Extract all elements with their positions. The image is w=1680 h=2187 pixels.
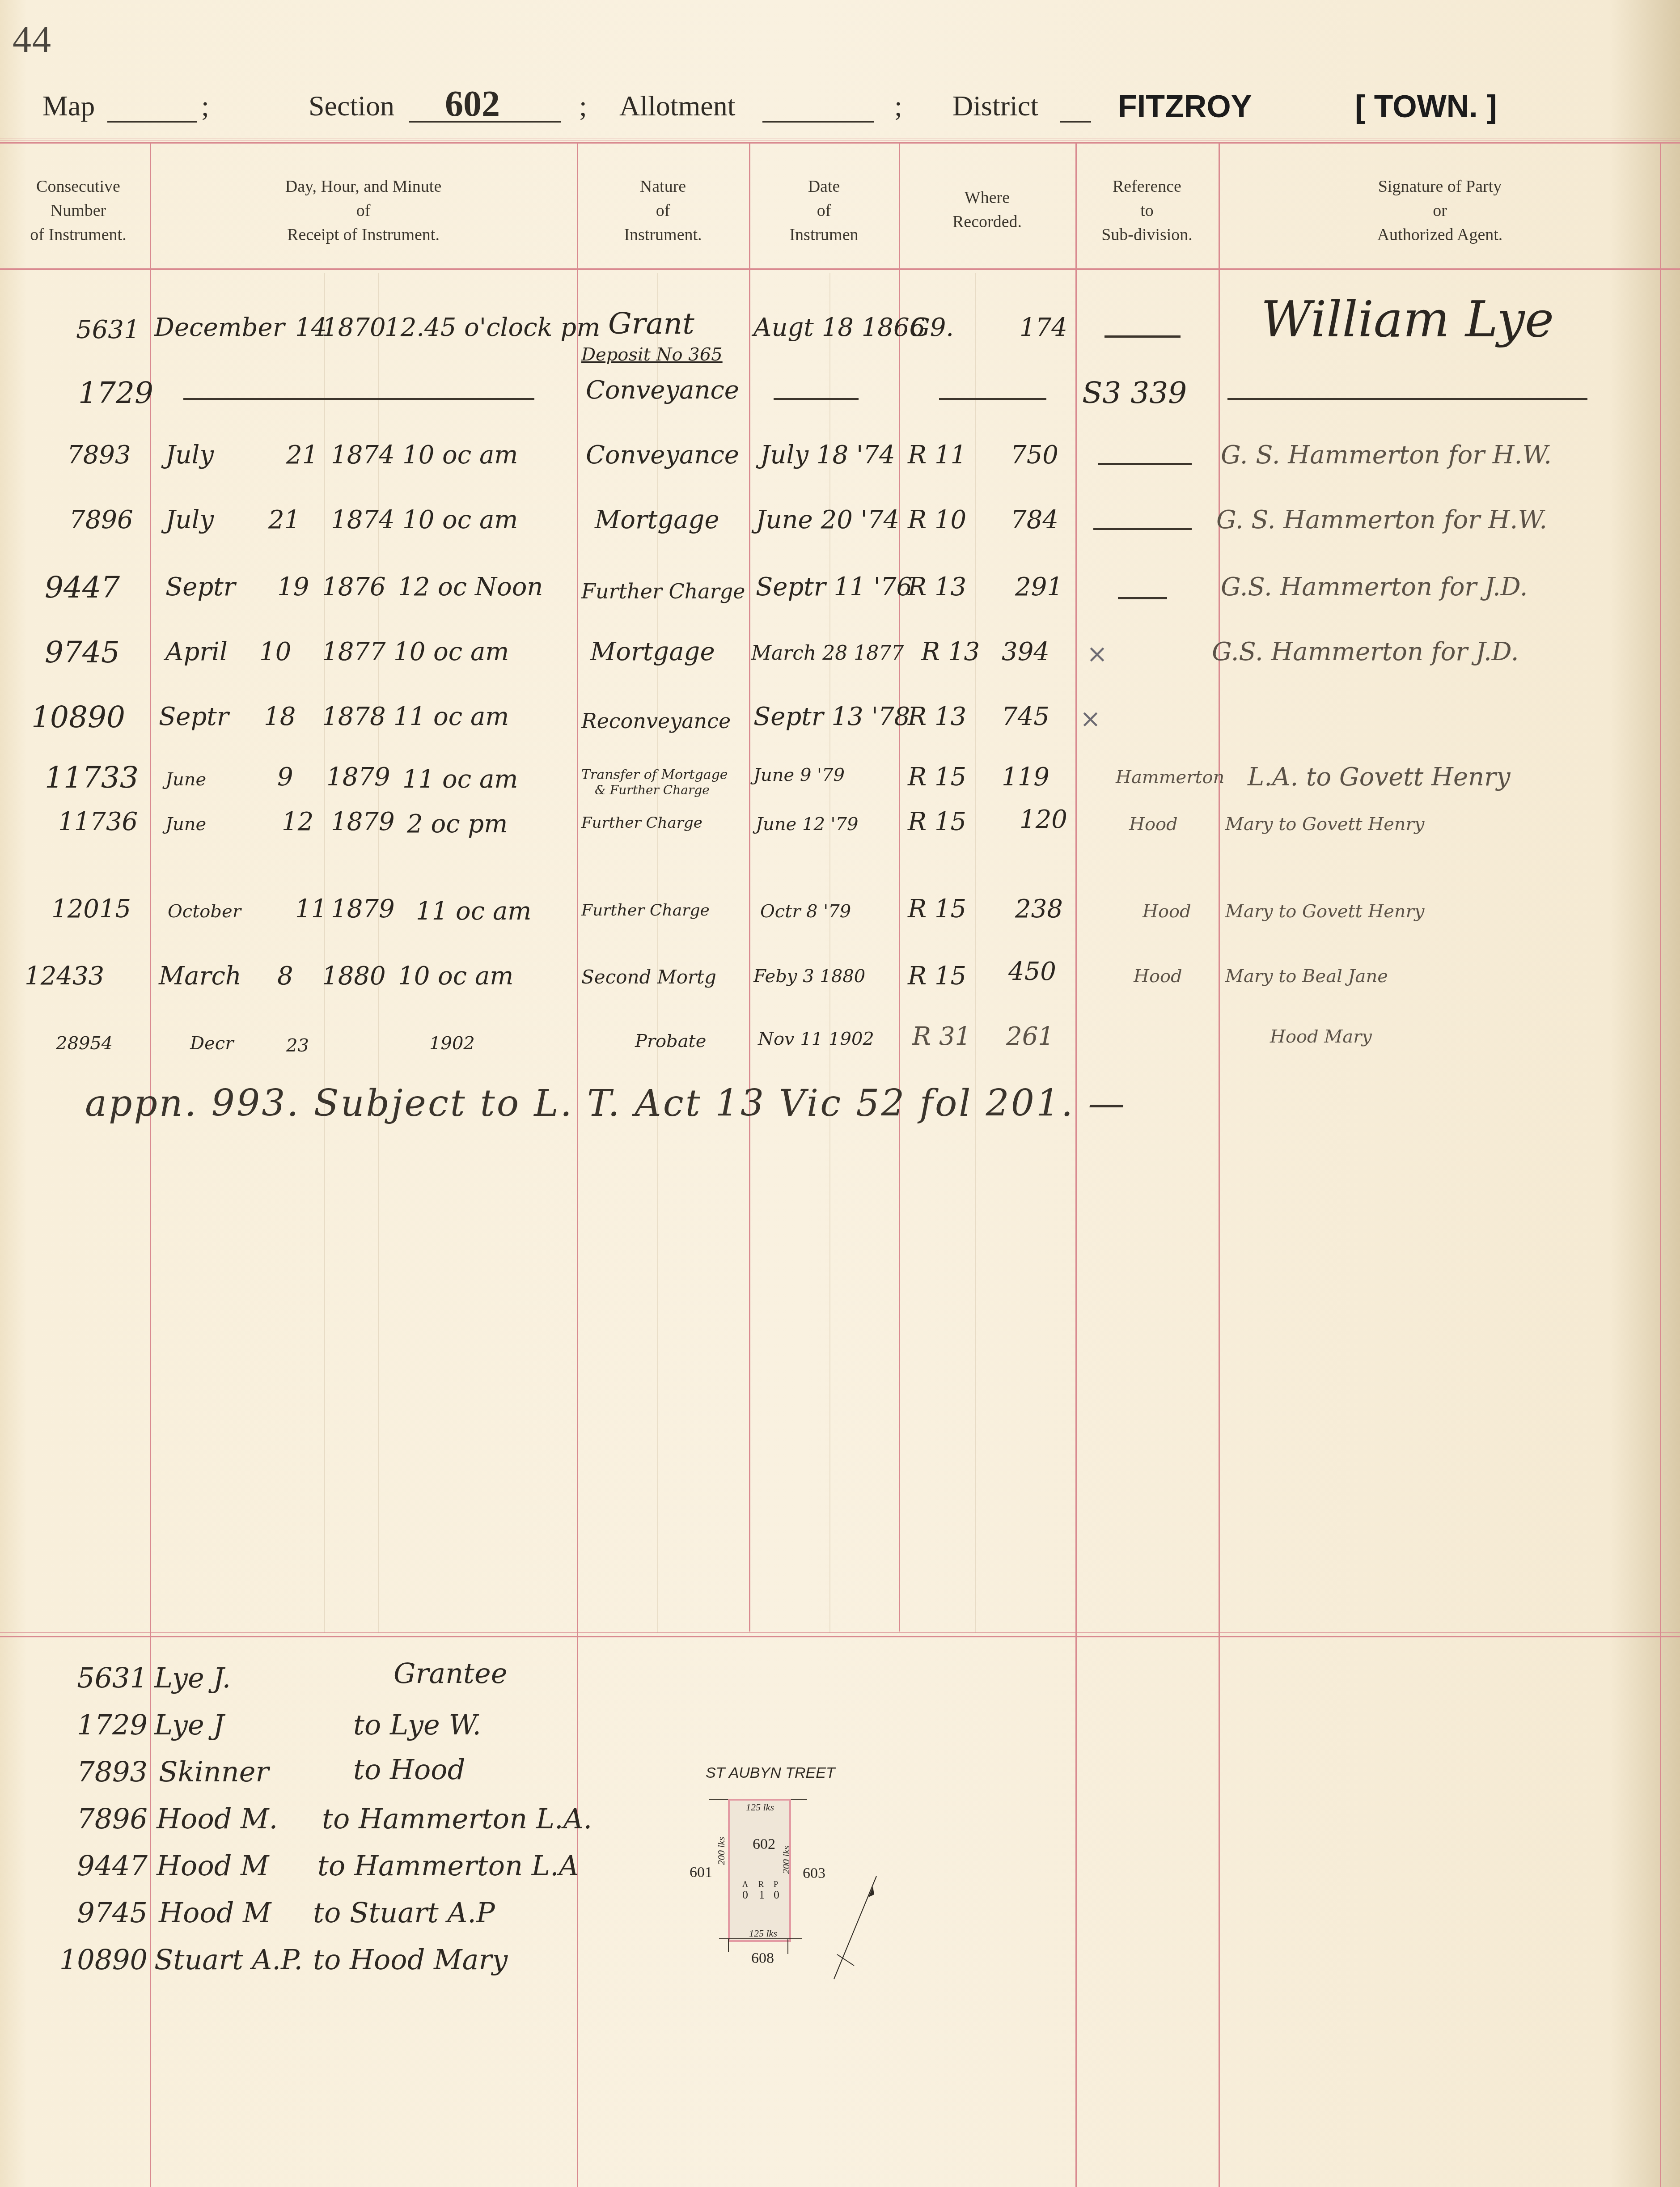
receipt-year: 1877 [322, 637, 386, 666]
top-dimension: 125 lks [746, 1801, 774, 1813]
subdivision-cross: × [1087, 640, 1108, 669]
receipt-time: 2 oc pm [407, 810, 508, 839]
signature: William Lye [1261, 291, 1554, 348]
receipt-day: 19 [277, 572, 309, 602]
date-dash [774, 398, 859, 400]
register-page: 44 Map ; Section 602 ; Allotment ; Distr… [0, 0, 1680, 2187]
section-label: Section [309, 89, 394, 123]
subdivision-ref: Hood [1129, 814, 1178, 835]
instrument-number: 28954 [56, 1033, 113, 1054]
faint-rule [975, 273, 976, 1632]
column-header-rule [0, 268, 1680, 270]
receipt-time: 10 oc am [402, 505, 518, 534]
receipt-time: 12.45 o'clock pm [385, 313, 600, 342]
col-rule [150, 142, 151, 2187]
signature: Mary to Govett Henry [1225, 814, 1424, 835]
summary-rule [0, 1632, 1680, 1637]
boundary-line [728, 1938, 729, 1952]
recorded-book: R 13 [908, 572, 966, 602]
subdivision-ref: Hood [1143, 901, 1191, 922]
receipt-month: June [165, 814, 206, 835]
signature: Hood Mary [1270, 1026, 1372, 1047]
section-value: 602 [445, 83, 500, 125]
summary-from: Lye J [154, 1708, 224, 1741]
receipt-month: June [165, 769, 206, 790]
receipt-time: 10 oc am [402, 441, 518, 470]
summary-from: Lye J. [154, 1661, 231, 1694]
recorded-book: G9. [910, 313, 954, 342]
receipt-month: April [165, 637, 228, 666]
summary-from: Stuart A.P. [154, 1943, 303, 1976]
deposit-note: Deposit No 365 [581, 344, 723, 365]
instrument-date: Nov 11 1902 [758, 1029, 874, 1049]
faint-rule [324, 273, 325, 1632]
receipt-time: 10 oc am [398, 962, 513, 991]
summary-to: to Hammerton L.A. [322, 1802, 592, 1835]
summary-to: to Hammerton L.A [317, 1849, 579, 1882]
summary-number: 5631 [13, 1661, 148, 1694]
instrument-nature: Further Charge [581, 901, 710, 920]
recorded-book: R 15 [908, 894, 966, 924]
instrument-nature: Transfer of Mortgage [581, 767, 728, 783]
subdivision-cross: × [1080, 704, 1101, 733]
summary-from: Hood M [157, 1849, 269, 1882]
col-header-recorded: WhereRecorded. [901, 186, 1073, 234]
summary-from: Skinner [159, 1755, 269, 1788]
instrument-date: Feby 3 1880 [753, 966, 865, 987]
instrument-date: Septr 13 '78 [753, 702, 910, 731]
instrument-date: June 20 '74 [756, 505, 899, 534]
subdivision-ref: Hood [1134, 966, 1182, 987]
instrument-number: 11736 [58, 807, 138, 836]
signature: Mary to Beal Jane [1225, 966, 1388, 987]
recorded-folio: 394 [1002, 637, 1049, 666]
faint-rule [378, 273, 379, 1632]
recorded-folio: 750 [1011, 441, 1058, 470]
receipt-day: 21 [268, 505, 300, 534]
receipt-year: 1880 [322, 962, 386, 991]
receipt-time: 10 oc am [394, 637, 509, 666]
memorial-note: appn. 993. Subject to L. T. Act 13 Vic 5… [85, 1082, 1126, 1125]
receipt-time: 11 oc am [402, 765, 518, 794]
subdivision-ref: Hammerton [1116, 767, 1224, 788]
recorded-folio: 261 [1006, 1022, 1054, 1051]
instrument-number: 9745 [45, 635, 120, 670]
receipt-month: July [165, 505, 214, 534]
recorded-book: R 31 [912, 1022, 971, 1051]
signature: G. S. Hammerton for H.W. [1221, 441, 1552, 470]
summary-number: 10890 [13, 1943, 148, 1976]
street-name: ST AUBYN TREET [706, 1764, 835, 1782]
instrument-date: Septr 11 '76 [756, 572, 912, 602]
section-plan: ST AUBYN TREET 125 lks 602 200 lks 200 l… [671, 1744, 1073, 2057]
boundary-line [787, 1938, 788, 1954]
instrument-number: 7893 [67, 441, 131, 470]
receipt-month: October [168, 901, 241, 922]
receipt-time: 12 oc Noon [398, 572, 543, 602]
col-header-number: ConsecutiveNumberof Instrument. [9, 174, 148, 247]
instrument-nature: Further Charge [581, 579, 745, 603]
col-header-date: DateofInstrumen [751, 174, 897, 247]
instrument-number: 7896 [69, 505, 133, 534]
subdivision-dash [1093, 528, 1192, 530]
subdivision-ref: S3 339 [1082, 376, 1187, 410]
recorded-dash [939, 398, 1046, 400]
area-value-r: 1 [759, 1888, 765, 1902]
instrument-nature: Grant [608, 306, 694, 341]
instrument-date: July 18 '74 [760, 441, 895, 470]
instrument-number: 1729 [78, 376, 153, 410]
receipt-time: 11 oc am [416, 897, 531, 926]
signature: G.S. Hammerton for J.D. [1221, 572, 1528, 602]
col-header-nature: NatureofInstrument. [579, 174, 747, 247]
area-value-a: 0 [742, 1888, 748, 1902]
col-rule [1660, 142, 1661, 2187]
recorded-folio: 238 [1015, 894, 1063, 924]
receipt-year: 1870 [322, 313, 386, 342]
rear-line [719, 1938, 802, 1939]
district-field [1060, 89, 1091, 123]
instrument-number: 5631 [76, 315, 140, 344]
summary-number: 1729 [13, 1708, 148, 1741]
instrument-nature: Reconveyance [581, 709, 731, 733]
instrument-nature: Mortgage [595, 505, 719, 534]
col-header-subdivision: ReferencetoSub-division. [1078, 174, 1216, 247]
signature: G. S. Hammerton for H.W. [1216, 505, 1547, 534]
recorded-book: R 13 [921, 637, 980, 666]
recorded-folio: 784 [1011, 505, 1058, 534]
signature: Mary to Govett Henry [1225, 901, 1424, 922]
receipt-month: December [154, 313, 284, 342]
instrument-nature: Further Charge [581, 814, 702, 832]
recorded-folio: 291 [1015, 572, 1063, 602]
summary-to: to Hood [353, 1753, 465, 1786]
receipt-year: 1878 [322, 702, 386, 731]
instrument-number: 9447 [45, 570, 120, 605]
receipt-day: 18 [264, 702, 296, 731]
left-dimension: 200 lks [715, 1837, 727, 1865]
col-rule [899, 142, 900, 1632]
summary-from: Hood M [159, 1896, 271, 1929]
neighbour-608: 608 [751, 1950, 774, 1967]
subdivision-dash [1104, 335, 1181, 338]
summary-from: Hood M. [157, 1802, 278, 1835]
town-label: [ TOWN. ] [1355, 89, 1497, 124]
summary-number: 7893 [13, 1755, 148, 1788]
receipt-year: 1876 [322, 572, 386, 602]
recorded-folio: 450 [1008, 957, 1056, 986]
instrument-date: June 9 '79 [753, 765, 845, 785]
instrument-date: Octr 8 '79 [760, 901, 851, 922]
instrument-number: 12015 [51, 894, 131, 924]
receipt-year: 1879 [331, 807, 395, 836]
col-header-receipt: Day, Hour, and MinuteofReceipt of Instru… [152, 174, 575, 247]
section-number: 602 [753, 1836, 775, 1853]
instrument-date: Augt 18 1866 [753, 313, 925, 342]
receipt-day: 23 [286, 1035, 309, 1056]
instrument-date: March 28 1877 [751, 642, 904, 665]
instrument-nature: Conveyance [586, 441, 739, 470]
col-rule [1075, 142, 1077, 2187]
page-number: 44 [13, 18, 52, 61]
instrument-number: 11733 [45, 760, 139, 795]
instrument-nature-note: & Further Charge [595, 783, 710, 797]
receipt-month: Decr [190, 1033, 233, 1054]
instrument-number: 12433 [25, 962, 104, 991]
area-value-p: 0 [774, 1888, 779, 1902]
recorded-book: R 10 [908, 505, 966, 534]
right-dimension: 200 lks [780, 1846, 792, 1874]
receipt-month: March [159, 962, 241, 991]
col-rule [1219, 142, 1220, 2187]
signature: L.A. to Govett Henry [1248, 763, 1511, 792]
bottom-dimension: 125 lks [749, 1928, 777, 1939]
district-label: District [952, 89, 1038, 123]
receipt-dash [183, 398, 534, 400]
summary-number: 9745 [13, 1896, 148, 1929]
receipt-day: 11 [295, 894, 327, 924]
map-label: Map [42, 89, 95, 123]
receipt-day: 8 [277, 962, 293, 991]
instrument-number: 10890 [31, 700, 125, 734]
subdivision-dash [1098, 463, 1192, 465]
area-label-r: R [758, 1880, 764, 1889]
instrument-nature: Second Mortg [581, 966, 716, 988]
north-arrow-icon [832, 1874, 885, 1981]
recorded-book: R 15 [908, 962, 966, 991]
summary-number: 7896 [13, 1802, 148, 1835]
receipt-year: 1879 [326, 763, 390, 792]
map-field [107, 89, 197, 123]
receipt-day: 9 [277, 763, 293, 792]
receipt-day: 10 [259, 637, 291, 666]
district-value: FITZROY [1118, 89, 1252, 124]
instrument-nature: Probate [635, 1031, 706, 1051]
faint-rule [657, 273, 658, 1632]
recorded-book: R 13 [908, 702, 966, 731]
summary-number: 9447 [13, 1849, 148, 1882]
receipt-day: 21 [286, 441, 318, 470]
neighbour-601: 601 [690, 1864, 712, 1881]
instrument-date: June 12 '79 [756, 814, 858, 835]
col-rule [749, 142, 750, 1632]
receipt-year: 1874 [331, 505, 395, 534]
header-rule [0, 139, 1680, 144]
receipt-time: 11 oc am [394, 702, 509, 731]
receipt-day: 12 [282, 807, 313, 836]
recorded-book: R 11 [908, 441, 966, 470]
receipt-month: July [165, 441, 214, 470]
faint-rule [829, 273, 830, 1632]
col-header-signature: Signature of PartyorAuthorized Agent. [1221, 174, 1659, 247]
receipt-year: 1902 [429, 1033, 475, 1054]
allotment-label: Allotment [619, 89, 736, 123]
allotment-field [762, 89, 874, 123]
signature-dash [1227, 398, 1587, 400]
summary-to: to Lye W. [353, 1708, 481, 1741]
recorded-folio: 119 [1002, 763, 1049, 792]
receipt-month: Septr [165, 572, 236, 602]
recorded-folio: 120 [1020, 805, 1067, 834]
summary-to: to Hood Mary [313, 1943, 508, 1976]
summary-to: to Stuart A.P [313, 1896, 495, 1929]
area-label-a: A [742, 1880, 748, 1889]
neighbour-603: 603 [803, 1865, 825, 1882]
subdivision-dash [1118, 597, 1167, 599]
recorded-folio: 174 [1020, 313, 1067, 342]
recorded-folio: 745 [1002, 702, 1049, 731]
instrument-nature: Mortgage [590, 637, 715, 666]
receipt-month: Septr [159, 702, 229, 731]
signature: G.S. Hammerton for J.D. [1212, 637, 1519, 666]
receipt-year: 1879 [331, 894, 395, 924]
summary-to: Grantee [394, 1657, 507, 1690]
area-label-p: P [774, 1880, 778, 1889]
recorded-book: R 15 [908, 807, 966, 836]
instrument-nature: Conveyance [586, 376, 739, 405]
receipt-year: 1874 [331, 441, 395, 470]
recorded-book: R 15 [908, 763, 966, 792]
